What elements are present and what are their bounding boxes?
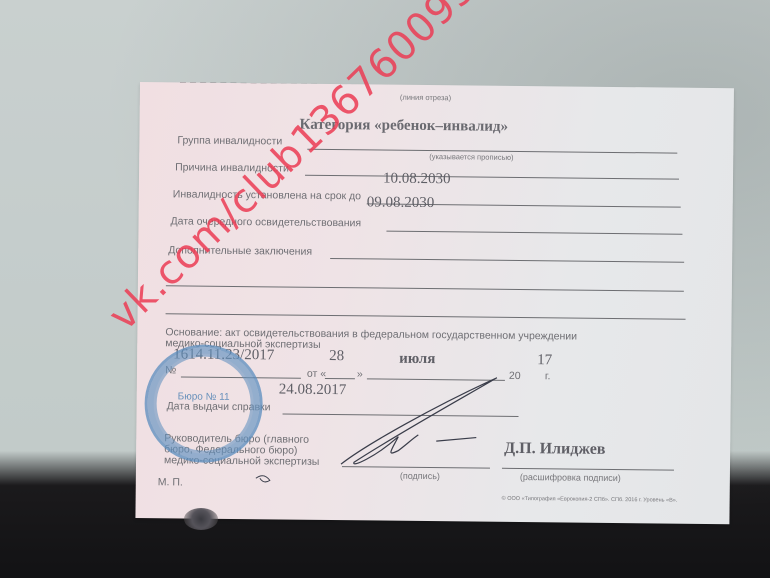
signer-caption: (расшифровка подписи) [520,472,621,483]
act-day: 28 [329,348,344,365]
stamp-text: Бюро № 11 [178,391,230,403]
handwritten-date-upper: 10.08.2030 [383,171,451,189]
act-year: 17 [537,352,552,369]
act-month: июля [399,351,435,368]
field-line-additional-2 [166,285,684,291]
field-hint-disability-group: (указывается прописью) [429,152,513,162]
act-month-line [367,378,505,380]
signature-line [342,466,490,469]
field-value-term: 09.08.2030 [367,194,435,212]
field-line-next-exam [386,231,682,235]
act-year-prefix: 20 [509,370,521,382]
act-day-line [325,378,355,379]
date-close-quote: » [357,368,363,380]
cut-line-label: (линия отреза) [400,93,451,103]
disability-certificate: (линия отреза) Категория «ребенок–инвали… [135,82,734,524]
signer-name: Д.П. Илиджев [504,440,606,459]
year-suffix: г. [545,370,551,382]
signature-caption: (подпись) [400,471,440,481]
date-from-label: от « [307,368,326,380]
field-line-additional [330,258,684,263]
burn-mark [184,508,218,530]
field-line-additional-3 [166,313,686,319]
issue-date: 24.08.2017 [279,381,347,399]
seal-label: М. П. [158,476,183,488]
signer-name-line [502,468,674,471]
field-line-disability-reason [305,175,679,180]
printer-imprint: © ООО «Типография «Еврокопия-2 СПб». СПб… [502,496,678,504]
issue-date-line [283,414,519,417]
official-stamp: Бюро № 11 [144,344,263,463]
